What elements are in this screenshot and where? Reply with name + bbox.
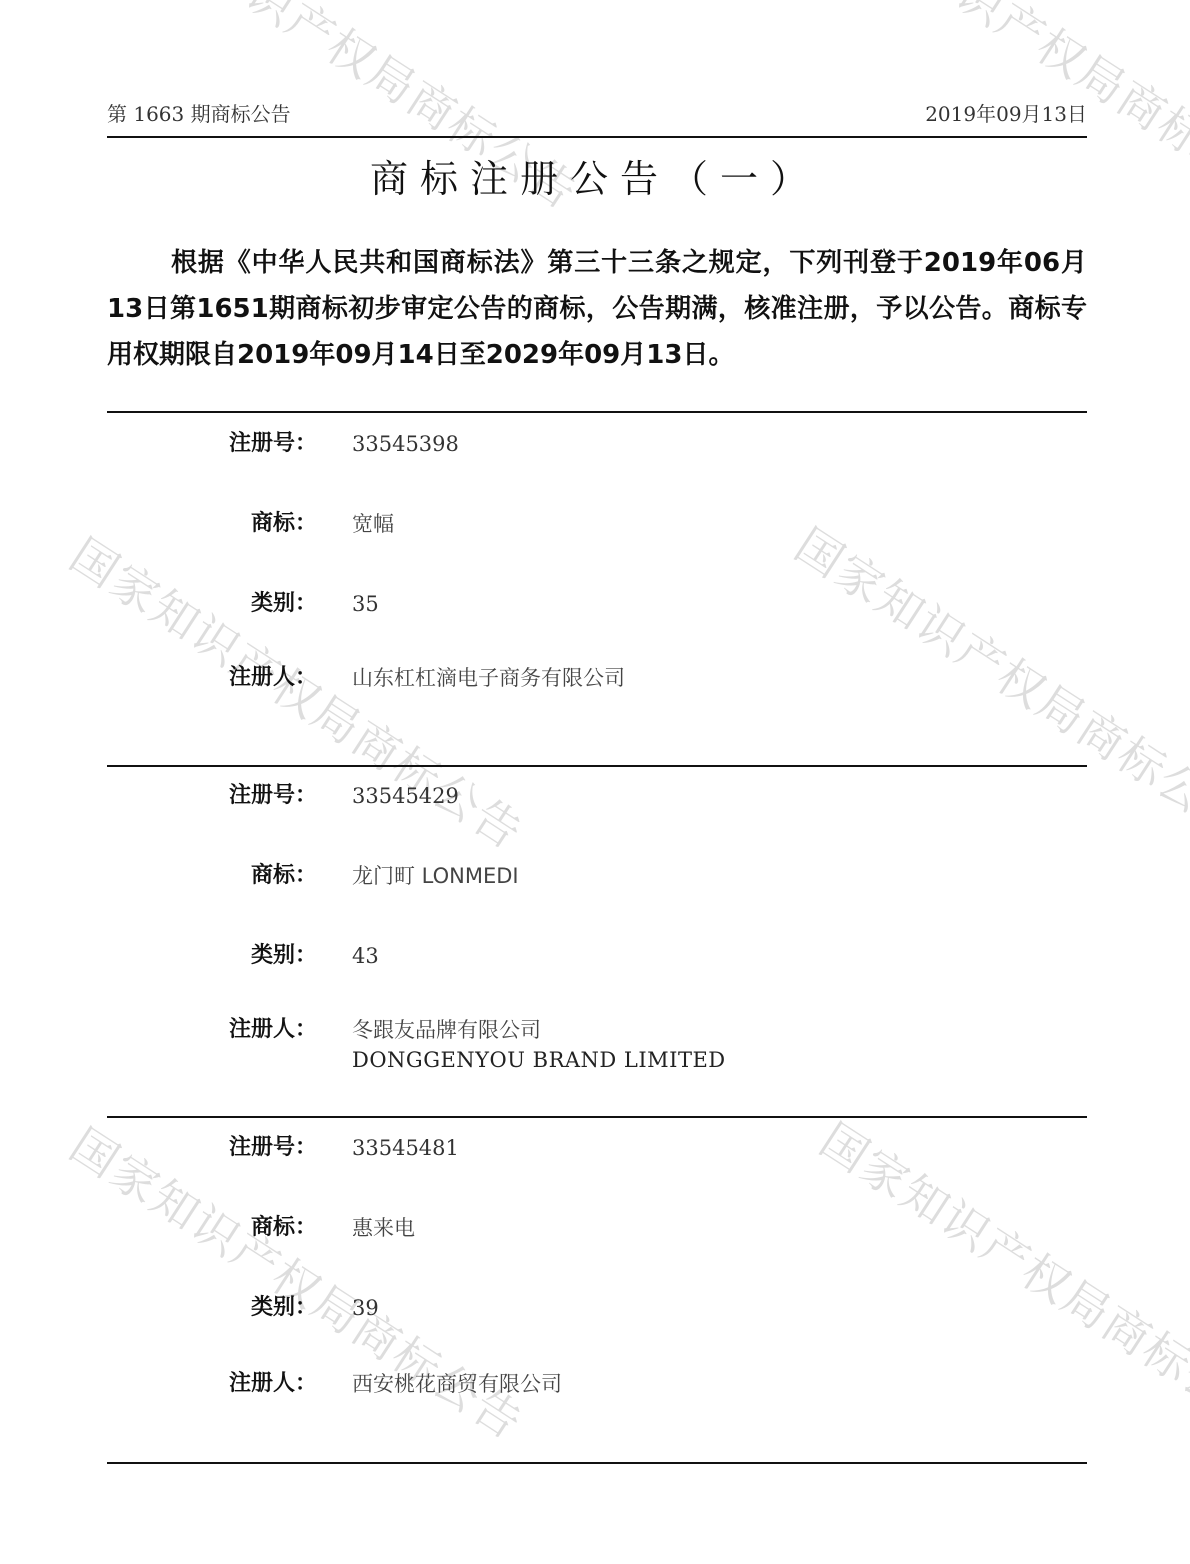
reg-no-label: 注册号： — [229, 426, 317, 457]
reg-no-label: 注册号： — [229, 778, 317, 809]
entry-divider — [107, 765, 1087, 767]
registrant-label: 注册人： — [229, 660, 317, 691]
mark-label: 商标： — [251, 858, 317, 889]
class-value: 39 — [352, 1290, 379, 1326]
mark-label: 商标： — [251, 506, 317, 537]
registrant-value: 山东杠杠滴电子商务有限公司 — [352, 660, 625, 696]
mark-value: 惠来电 — [352, 1210, 415, 1246]
mark-label: 商标： — [251, 1210, 317, 1241]
class-value: 43 — [352, 938, 379, 974]
registrant-value: 冬跟友品牌有限公司 — [352, 1012, 541, 1048]
class-label: 类别： — [251, 1290, 317, 1321]
registrant-label: 注册人： — [229, 1366, 317, 1397]
reg-no-label: 注册号： — [229, 1130, 317, 1161]
publication-date: 2019年09月13日 — [925, 98, 1087, 127]
class-label: 类别： — [251, 938, 317, 969]
mark-value: 龙门町 LONMEDI — [352, 858, 519, 894]
intro-paragraph: 根据《中华人民共和国商标法》第三十三条之规定，下列刊登于2019年06月13日第… — [107, 240, 1087, 378]
entry-divider — [107, 1116, 1087, 1118]
page-title: 商标注册公告（一） — [0, 148, 1190, 203]
registrant-label: 注册人： — [229, 1012, 317, 1043]
header-divider — [107, 136, 1087, 138]
mark-value: 宽幅 — [352, 506, 394, 542]
page-header: 第 1663 期商标公告 2019年09月13日 — [107, 98, 1087, 138]
reg-no-value: 33545429 — [352, 778, 459, 814]
class-label: 类别： — [251, 586, 317, 617]
reg-no-value: 33545398 — [352, 426, 459, 462]
footer-divider — [107, 1462, 1087, 1464]
class-value: 35 — [352, 586, 379, 622]
issue-number: 第 1663 期商标公告 — [107, 98, 291, 127]
section-divider — [107, 411, 1087, 413]
registrant-value: 西安桃花商贸有限公司 — [352, 1366, 562, 1402]
reg-no-value: 33545481 — [352, 1130, 459, 1166]
registrant-english-value: DONGGENYOU BRAND LIMITED — [352, 1048, 726, 1072]
